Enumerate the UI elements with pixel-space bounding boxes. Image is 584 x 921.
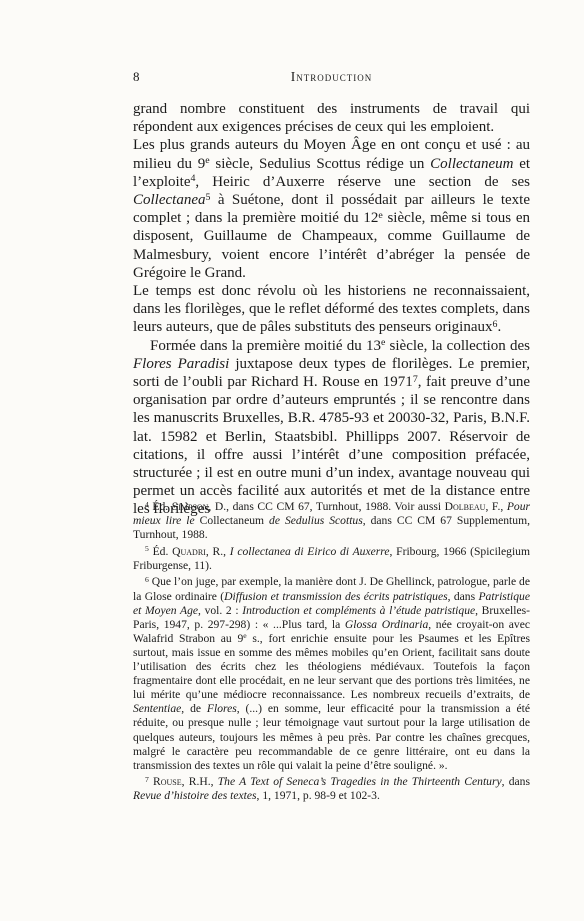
footnote: 5 Éd. Quadri, R., I collectanea di Eiric… [133, 545, 530, 573]
book-page: 8 Introduction grand nombre constituent … [0, 0, 584, 921]
footnotes: 4 Éd. Simpson, D., dans CC CM 67, Turnho… [133, 500, 530, 806]
running-title: Introduction [133, 69, 530, 85]
page-number: 8 [133, 69, 140, 85]
footnote: 6 Que l’on juge, par exemple, la manière… [133, 575, 530, 772]
body-paragraph: Formée dans la première moitié du 13e si… [133, 337, 530, 519]
footnote: 4 Éd. Simpson, D., dans CC CM 67, Turnho… [133, 500, 530, 542]
footnote: 7 Rouse, R.H., The A Text of Seneca’s Tr… [133, 775, 530, 803]
running-head: 8 Introduction [133, 69, 530, 85]
body-text: grand nombre constituent des instruments… [133, 100, 530, 519]
body-paragraph: Les plus grands auteurs du Moyen Âge en … [133, 136, 530, 282]
body-paragraph: Le temps est donc révolu où les historie… [133, 282, 530, 337]
body-paragraph: grand nombre constituent des instruments… [133, 100, 530, 136]
